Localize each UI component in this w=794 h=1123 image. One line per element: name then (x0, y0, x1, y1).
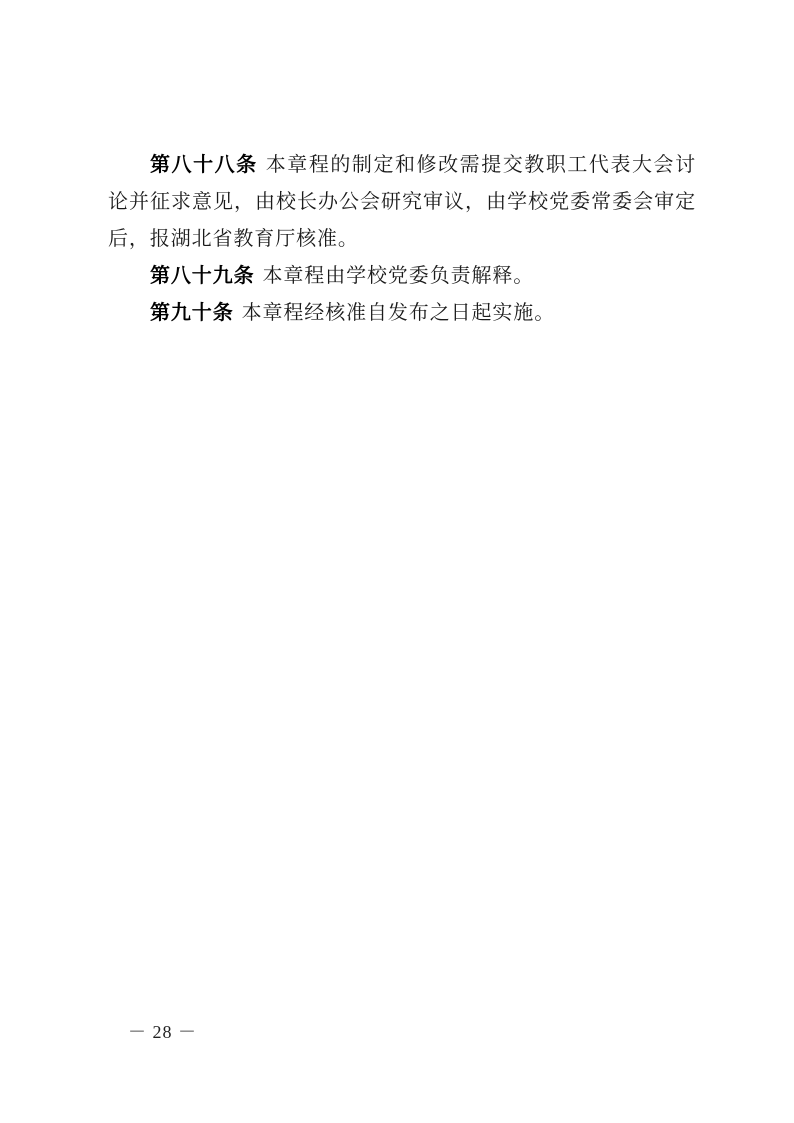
page-number: － 28 － (128, 1018, 197, 1044)
article-text: 本章程经核准自发布之日起实施。 (242, 300, 556, 324)
article-88: 第八十八条本章程的制定和修改需提交教职工代表大会讨论并征求意见，由校长办公会研究… (108, 146, 696, 257)
article-number: 第九十条 (150, 300, 234, 324)
article-number: 第八十九条 (150, 263, 255, 287)
article-90: 第九十条本章程经核准自发布之日起实施。 (108, 294, 696, 331)
article-number: 第八十八条 (150, 152, 258, 176)
article-89: 第八十九条本章程由学校党委负责解释。 (108, 257, 696, 294)
article-text: 本章程由学校党委负责解释。 (263, 263, 535, 287)
document-body: 第八十八条本章程的制定和修改需提交教职工代表大会讨论并征求意见，由校长办公会研究… (108, 146, 696, 331)
